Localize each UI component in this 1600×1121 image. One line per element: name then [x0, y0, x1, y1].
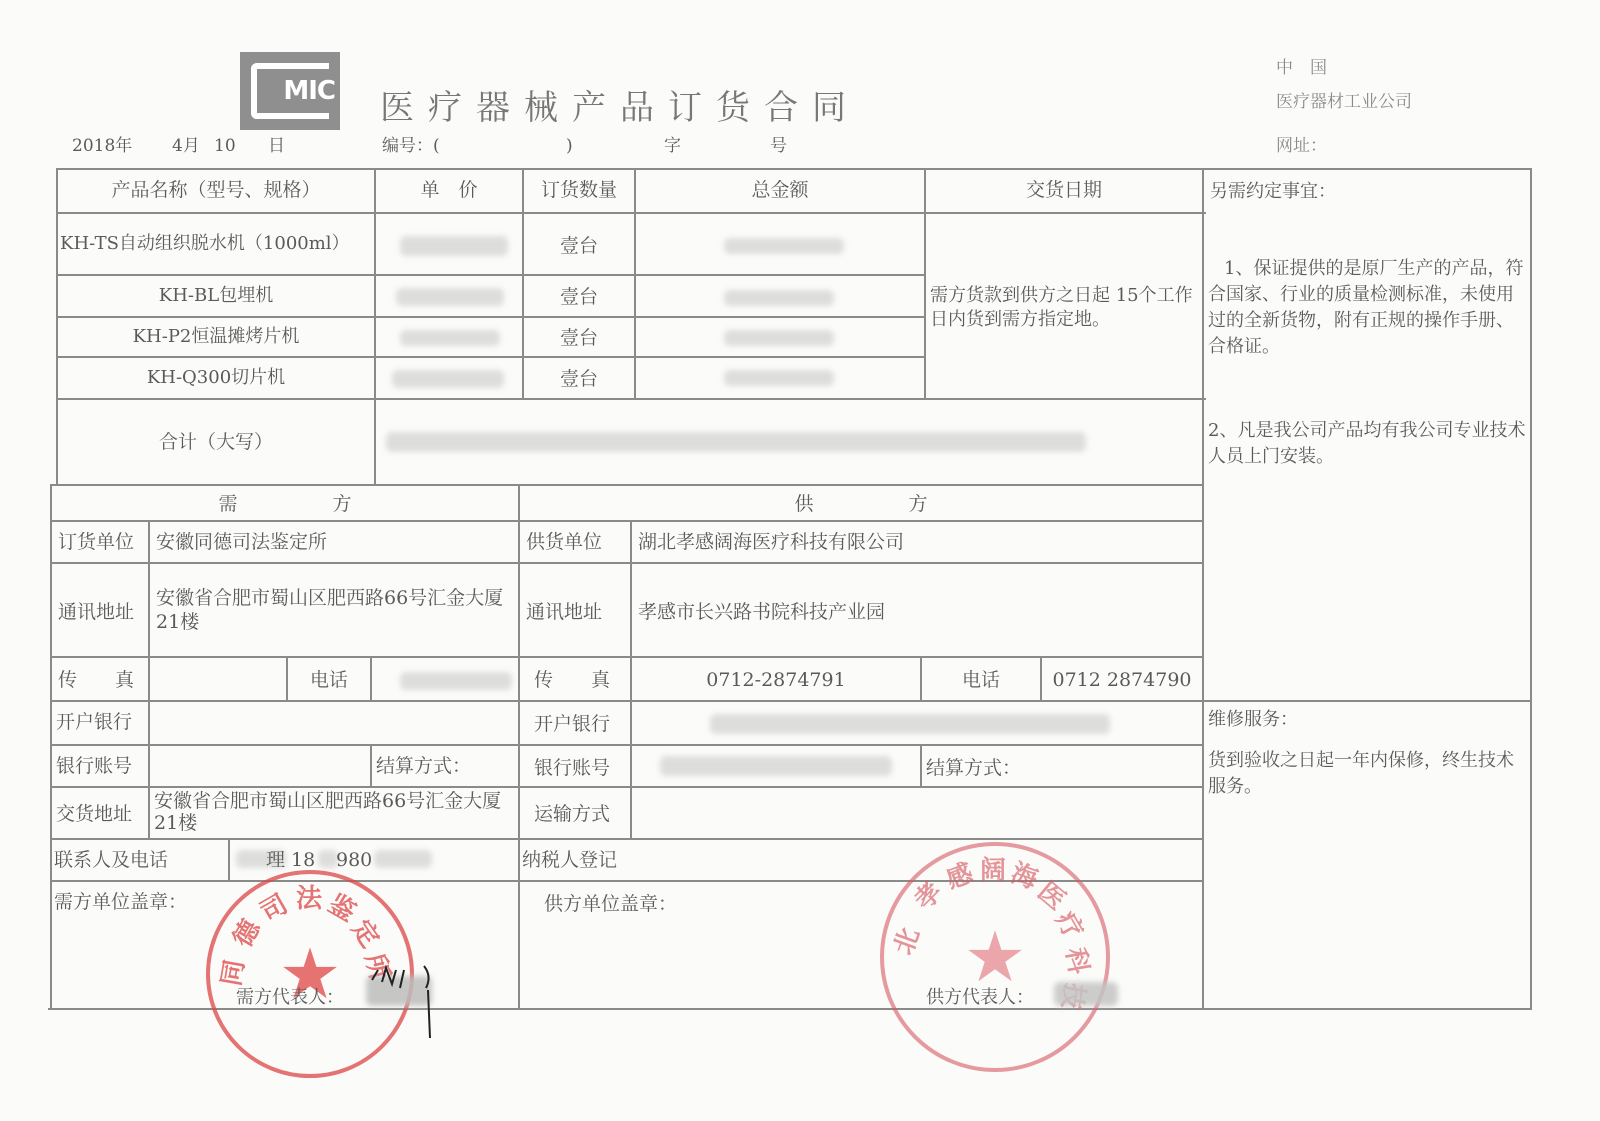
- supplier-fax-label: 传 真: [534, 668, 610, 692]
- supplier-transport-label: 运输方式: [534, 802, 610, 826]
- supplier-bank-redacted: [710, 714, 1110, 734]
- buyer-phone-redacted: [400, 672, 512, 690]
- quantity: 壹台: [524, 367, 634, 391]
- rule-r1: [56, 274, 926, 276]
- supplier-unit-label: 供货单位: [526, 530, 602, 554]
- buyer-unit-value: 安徽同德司法鉴定所: [156, 530, 327, 554]
- rule-c2: [522, 168, 524, 398]
- supplier-phone-label: 电话: [922, 668, 1040, 692]
- rule-c4: [924, 168, 926, 398]
- supplier-address-label: 通讯地址: [526, 600, 602, 624]
- rule-party-split: [518, 484, 520, 1010]
- delivery-date-text: 需方货款到供方之日起 15个工作日内货到需方指定地。: [930, 284, 1202, 332]
- website-label: 网址：: [1276, 134, 1327, 158]
- rule-r2: [56, 316, 926, 318]
- rule-buyer-settle-split: [370, 744, 372, 786]
- buyer-delivery-address-label: 交货地址: [56, 802, 132, 826]
- buyer-seal-label: 需方单位盖章：: [54, 890, 187, 914]
- buyer-delivery-address-value: 安徽省合肥市蜀山区肥西路66号汇金大厦21楼: [154, 790, 514, 834]
- terms-item-2: 2、凡是我公司产品均有我公司专业技术人员上门安装。: [1208, 418, 1526, 470]
- col-header-quantity: 订货数量: [524, 178, 634, 202]
- contact-phone-redacted-2: [374, 850, 432, 868]
- signature-stroke-icon: [366, 960, 446, 1040]
- supplier-company-seal: ★ 孝 感 阔 海 医 疗 科 技 北: [880, 842, 1110, 1072]
- total-redacted: [724, 290, 834, 306]
- product-name: KH-Q300切片机: [58, 366, 374, 390]
- serial-hao: 号: [770, 134, 787, 158]
- rule-fax: [52, 700, 1530, 702]
- supplier-account-redacted: [660, 756, 892, 776]
- rule-sup-settle-split: [920, 744, 922, 786]
- repair-title: 维修服务：: [1208, 708, 1298, 732]
- cmic-logo: MIC: [240, 52, 340, 130]
- rule-r3: [56, 356, 926, 358]
- unit-price-redacted: [400, 330, 500, 346]
- rule-top: [56, 168, 1532, 170]
- rule-contact-split: [228, 838, 230, 880]
- quantity: 壹台: [524, 285, 634, 309]
- buyer-bank-label: 开户银行: [56, 710, 132, 734]
- col-header-total: 总金额: [636, 178, 924, 202]
- supplier-seal-label: 供方单位盖章：: [544, 892, 677, 916]
- rule-bank: [52, 744, 1204, 746]
- rule-total: [52, 484, 1204, 486]
- supplier-fax-value: 0712-2874791: [632, 668, 920, 692]
- col-header-unit-price: 单 价: [376, 178, 522, 202]
- quantity: 壹台: [524, 234, 634, 258]
- supplier-rep-label: 供方代表人：: [926, 986, 1034, 1010]
- serial-zi: 字: [664, 134, 681, 158]
- rule-delivery: [52, 838, 1204, 840]
- buyer-account-label: 银行账号: [56, 754, 132, 778]
- supplier-taxpayer-label: 纳税人登记: [522, 848, 617, 872]
- rule-c3: [634, 168, 636, 398]
- rule-buyer-label: [148, 520, 150, 838]
- buyer-unit-label: 订货单位: [58, 530, 134, 554]
- total-redacted: [724, 238, 844, 254]
- issuer-country: 中 国: [1276, 56, 1327, 80]
- quantity: 壹台: [524, 326, 634, 350]
- terms-title: 另需约定事宜：: [1210, 180, 1336, 204]
- serial-label: 编号：(: [382, 134, 440, 158]
- rule-buyer-phone-split: [370, 656, 372, 700]
- buyer-address-value: 安徽省合肥市蜀山区肥西路66号汇金大厦21楼: [156, 586, 506, 634]
- buyer-phone-label: 电话: [288, 668, 370, 692]
- serial-close: ): [566, 134, 573, 158]
- supplier-settlement-label: 结算方式：: [926, 756, 1021, 780]
- supplier-bank-label: 开户银行: [534, 712, 610, 736]
- issuer-company: 医疗器材工业公司: [1276, 90, 1412, 114]
- buyer-contact-value: 理 18: [266, 848, 315, 872]
- rule-c1: [374, 168, 376, 484]
- date-month: 4月: [172, 134, 200, 158]
- rule-address: [52, 656, 1204, 658]
- total-redacted: [724, 330, 834, 346]
- supplier-phone-value: 0712 2874790: [1042, 668, 1202, 692]
- total-redacted: [724, 370, 834, 386]
- terms-item-1: 1、保证提供的是原厂生产的产品，符合国家、行业的质量检测标准，未使用过的全新货物…: [1208, 256, 1526, 360]
- buyer-fax-label: 传 真: [58, 668, 134, 692]
- buyer-address-label: 通讯地址: [58, 600, 134, 624]
- repair-text: 货到验收之日起一年内保修，终生技术服务。: [1208, 748, 1526, 800]
- supplier-section-title: 供 方: [520, 492, 1202, 516]
- document-title: 医疗器械产品订货合同: [380, 80, 860, 129]
- product-name: KH-TS自动组织脱水机（1000ml）: [60, 232, 350, 256]
- buyer-contact-value-part: 980: [336, 848, 372, 872]
- contact-phone-redacted-1: [318, 850, 338, 868]
- rule-right: [1530, 168, 1532, 1010]
- col-header-product: 产品名称（型号、规格）: [58, 178, 374, 202]
- rule-c5: [1202, 168, 1204, 1010]
- supplier-address-value: 孝感市长兴路书院科技产业园: [638, 600, 885, 624]
- product-name: KH-BL包埋机: [58, 284, 374, 308]
- unit-price-redacted: [400, 236, 508, 256]
- buyer-rep-label: 需方代表人：: [236, 986, 344, 1010]
- supplier-unit-value: 湖北孝感阔海医疗科技有限公司: [638, 530, 904, 554]
- total-uppercase-redacted: [386, 432, 1086, 452]
- supplier-account-label: 银行账号: [534, 756, 610, 780]
- rule-account: [52, 786, 1204, 788]
- buyer-settlement-label: 结算方式：: [376, 754, 471, 778]
- buyer-section-title: 需 方: [52, 492, 518, 516]
- date-year: 2018年: [72, 134, 132, 158]
- date-day: 10: [214, 134, 236, 158]
- buyer-contact-label: 联系人及电话: [54, 848, 168, 872]
- unit-price-redacted: [396, 288, 504, 306]
- rule-header: [56, 212, 1206, 214]
- rule-party-head: [52, 520, 1204, 522]
- total-uppercase-label: 合计（大写）: [58, 430, 374, 454]
- date-day-label: 日: [268, 134, 285, 158]
- logo-text: MIC: [283, 76, 335, 106]
- col-header-delivery-date: 交货日期: [926, 178, 1202, 202]
- rule-r4: [56, 398, 1206, 400]
- unit-price-redacted: [392, 370, 504, 388]
- supplier-rep-signature-redacted: [1054, 982, 1118, 1006]
- product-name: KH-P2恒温摊烤片机: [58, 325, 374, 349]
- rule-unit: [52, 562, 1204, 564]
